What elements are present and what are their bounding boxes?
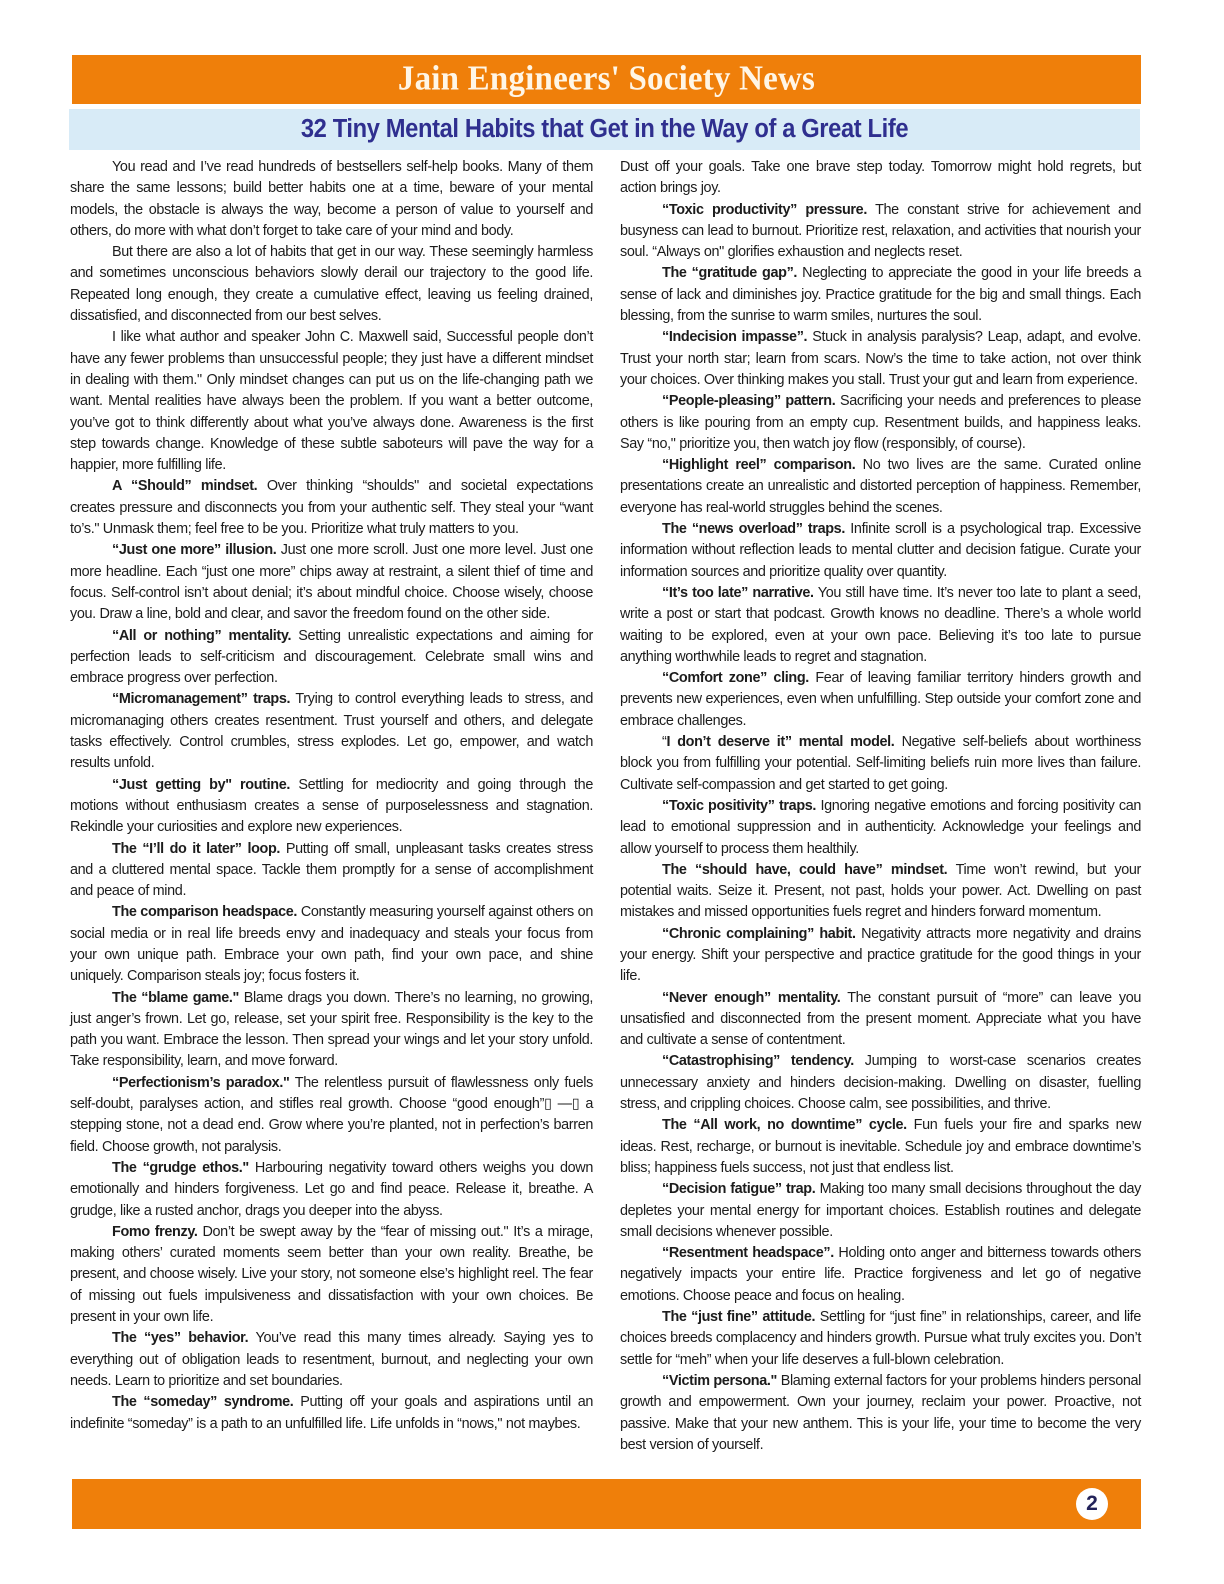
habit-heading: “Resentment headspace”. — [662, 1245, 834, 1261]
habit-heading: “People-pleasing” pattern. — [662, 393, 835, 409]
habit-paragraph: “Perfectionism’s paradox." The relentles… — [70, 1073, 593, 1158]
habit-heading: The “gratitude gap”. — [662, 265, 797, 281]
habit-heading: The comparison headspace. — [112, 904, 297, 920]
article-title: 32 Tiny Mental Habits that Get in the Wa… — [301, 115, 908, 144]
footer-bar: 2 — [72, 1479, 1141, 1529]
habit-heading: Fomo frenzy. — [112, 1224, 198, 1240]
habit-heading: “Perfectionism’s paradox." — [112, 1075, 289, 1091]
habit-paragraph: The “should have, could have” mindset. T… — [620, 860, 1141, 924]
left-column: You read and I’ve read hundreds of bests… — [70, 157, 593, 1435]
habit-paragraph: “Just getting by" routine. Settling for … — [70, 775, 593, 839]
masthead-banner: Jain Engineers' Society News — [72, 55, 1141, 104]
habit-heading: “Victim persona." — [662, 1373, 777, 1389]
habit-paragraph: “Chronic complaining” habit. Negativity … — [620, 924, 1141, 988]
habit-paragraph: “Never enough” mentality. The constant p… — [620, 988, 1141, 1052]
habit-heading: “Catastrophising” tendency. — [662, 1053, 854, 1069]
habit-heading: The “grudge ethos." — [112, 1160, 249, 1176]
habit-paragraph: The “just fine” attitude. Settling for “… — [620, 1307, 1141, 1371]
habit-paragraph: “Catastrophising” tendency. Jumping to w… — [620, 1051, 1141, 1115]
habit-paragraph: The “yes” behavior. You’ve read this man… — [70, 1328, 593, 1392]
habit-paragraph: “People-pleasing” pattern. Sacrificing y… — [620, 391, 1141, 455]
habit-paragraph: “Decision fatigue” trap. Making too many… — [620, 1179, 1141, 1243]
habit-paragraph: The “I’ll do it later” loop. Putting off… — [70, 839, 593, 903]
habit-paragraph: “Highlight reel” comparison. No two live… — [620, 455, 1141, 519]
habit-heading: “Decision fatigue” trap. — [662, 1181, 815, 1197]
habit-paragraph: A “Should” mindset. Over thinking “shoul… — [70, 476, 593, 540]
habit-heading: The “should have, could have” mindset. — [662, 862, 947, 878]
habit-heading: I don’t deserve it” mental model. — [666, 734, 894, 750]
habit-heading: “All or nothing” mentality. — [112, 628, 291, 644]
habit-heading: The “news overload” traps. — [662, 521, 845, 537]
habit-heading: “Just one more” illusion. — [112, 542, 276, 558]
habit-paragraph: “Indecision impasse”. Stuck in analysis … — [620, 327, 1141, 391]
habit-heading: “Toxic positivity” traps. — [662, 798, 816, 814]
habit-heading: “Never enough” mentality. — [662, 990, 840, 1006]
habit-heading: “Chronic complaining” habit. — [662, 926, 856, 942]
habit-paragraph: The “someday” syndrome. Putting off your… — [70, 1392, 593, 1435]
habit-paragraph: The “All work, no downtime” cycle. Fun f… — [620, 1115, 1141, 1179]
habit-paragraph: “All or nothing” mentality. Setting unre… — [70, 626, 593, 690]
article-title-band: 32 Tiny Mental Habits that Get in the Wa… — [69, 109, 1140, 150]
habit-paragraph: Fomo frenzy. Don’t be swept away by the … — [70, 1222, 593, 1328]
habit-heading: “It’s too late” narrative. — [662, 585, 814, 601]
intro-paragraph: You read and I’ve read hundreds of bests… — [70, 157, 593, 242]
habit-paragraph: “Micromanagement” traps. Trying to contr… — [70, 689, 593, 774]
habit-heading: The “yes” behavior. — [112, 1330, 248, 1346]
habit-heading: “Toxic productivity” pressure. — [662, 202, 867, 218]
habit-heading: The “someday” syndrome. — [112, 1394, 293, 1410]
habit-paragraph: “Victim persona." Blaming external facto… — [620, 1371, 1141, 1456]
habit-paragraph: “Toxic positivity” traps. Ignoring negat… — [620, 796, 1141, 860]
habit-heading: The “just fine” attitude. — [662, 1309, 815, 1325]
habit-paragraph: The “gratitude gap”. Neglecting to appre… — [620, 263, 1141, 327]
right-column: Dust off your goals. Take one brave step… — [620, 157, 1141, 1456]
habit-paragraph: The comparison headspace. Constantly mea… — [70, 902, 593, 987]
habit-heading: The “blame game." — [112, 990, 239, 1006]
habit-paragraph: “Resentment headspace”. Holding onto ang… — [620, 1243, 1141, 1307]
habit-heading: “Micromanagement” traps. — [112, 691, 290, 707]
habit-paragraph: “Just one more” illusion. Just one more … — [70, 540, 593, 625]
habit-paragraph: The “news overload” traps. Infinite scro… — [620, 519, 1141, 583]
habit-heading: A “Should” mindset. — [112, 478, 257, 494]
habit-heading: The “All work, no downtime” cycle. — [662, 1117, 907, 1133]
intro-paragraph: But there are also a lot of habits that … — [70, 242, 593, 327]
habit-paragraph: “Toxic productivity” pressure. The const… — [620, 200, 1141, 264]
habit-heading: “Highlight reel” comparison. — [662, 457, 855, 473]
habit-heading: “Just getting by" routine. — [112, 777, 290, 793]
intro-paragraph: I like what author and speaker John C. M… — [70, 327, 593, 476]
page-number-badge: 2 — [1076, 1488, 1108, 1520]
habit-heading: “Indecision impasse”. — [662, 329, 807, 345]
habit-paragraph: The “blame game." Blame drags you down. … — [70, 988, 593, 1073]
habit-paragraph: “It’s too late” narrative. You still hav… — [620, 583, 1141, 668]
continued-paragraph: Dust off your goals. Take one brave step… — [620, 157, 1141, 200]
habit-paragraph: “I don’t deserve it” mental model. Negat… — [620, 732, 1141, 796]
newsletter-title: Jain Engineers' Society News — [398, 60, 815, 99]
habit-paragraph: “Comfort zone” cling. Fear of leaving fa… — [620, 668, 1141, 732]
habit-paragraph: The “grudge ethos." Harbouring negativit… — [70, 1158, 593, 1222]
habit-heading: “Comfort zone” cling. — [662, 670, 809, 686]
habit-heading: The “I’ll do it later” loop. — [112, 841, 280, 857]
